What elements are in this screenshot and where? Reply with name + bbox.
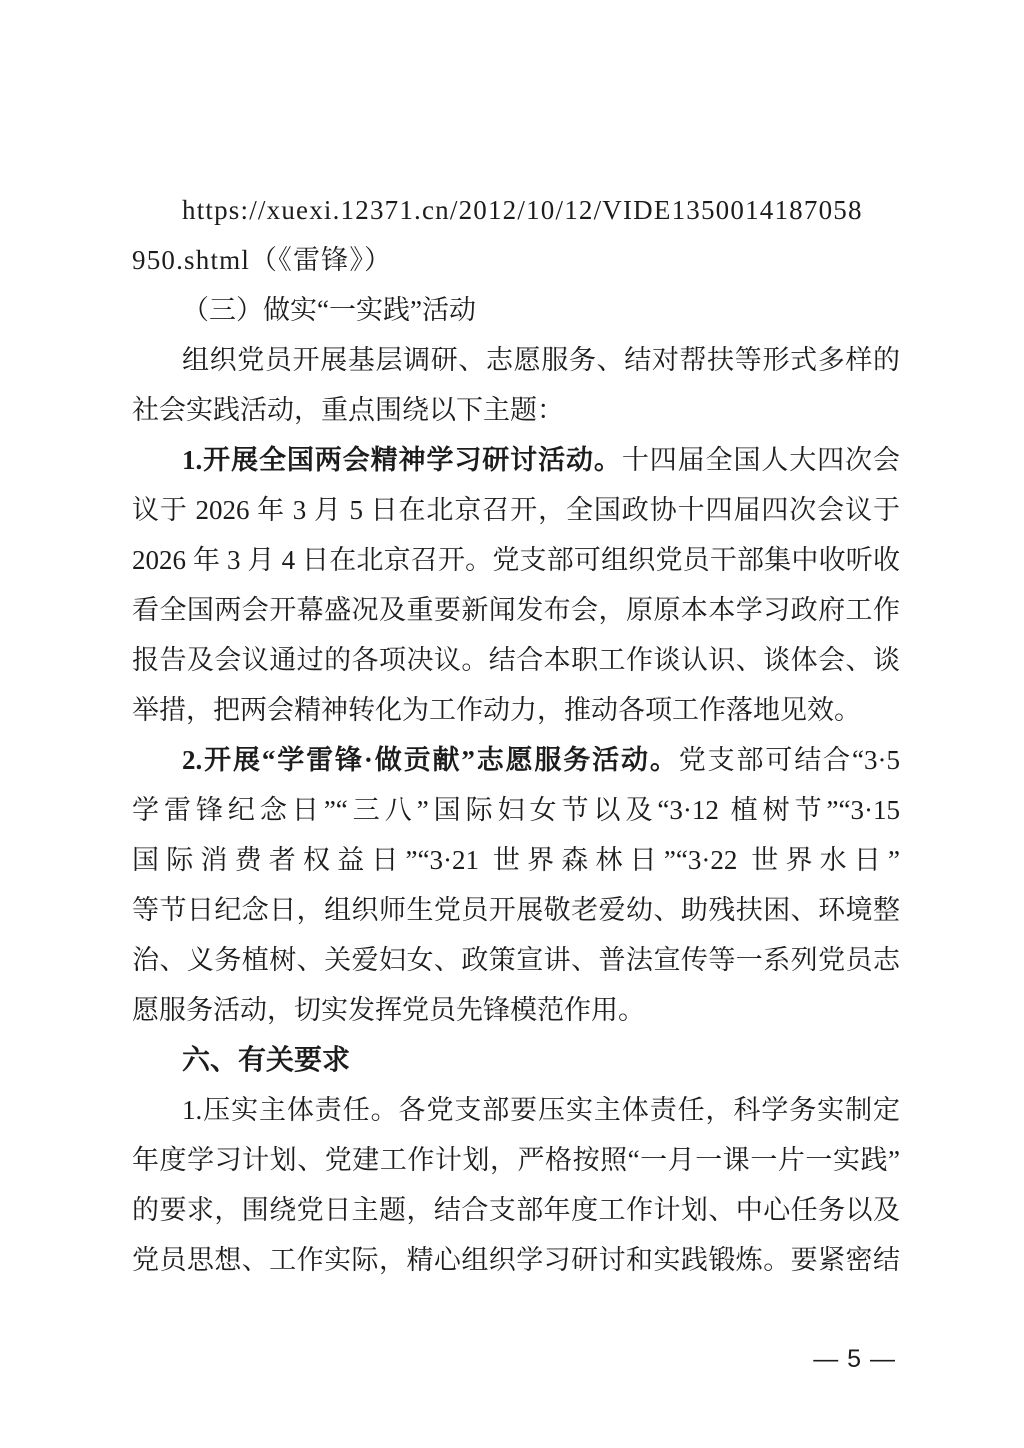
paragraph-line: 1.开展全国两会精神学习研讨活动。十四届全国人大四次会 xyxy=(132,435,900,485)
paragraph-line: 组织党员开展基层调研、志愿服务、结对帮扶等形式多样的 xyxy=(132,335,900,385)
url-line-2: 950.shtml（《雷锋》） xyxy=(132,235,900,285)
section-heading-requirements: 六、有关要求 xyxy=(132,1035,900,1085)
paragraph-text: 各党支部要压实主体责任，科学务实制定 xyxy=(399,1095,900,1125)
paragraph-line: 国际消费者权益日”“3·21 世界森林日”“3·22 世界水日” xyxy=(132,835,900,885)
paragraph-line: 议于 2026 年 3 月 5 日在北京召开，全国政协十四届四次会议于 xyxy=(132,485,900,535)
paragraph-line: 等节日纪念日，组织师生党员开展敬老爱幼、助残扶困、环境整 xyxy=(132,885,900,935)
numbered-item-1-title: 1.开展全国两会精神学习研讨活动。 xyxy=(182,445,622,475)
numbered-item-2-title: 2.开展“学雷锋·做贡献”志愿服务活动。 xyxy=(182,745,679,775)
url-text-part-1: https://xuexi.12371.cn/2012/10/12/VIDE13… xyxy=(182,195,863,225)
paragraph-text: 党支部可结合“3·5 xyxy=(679,745,900,775)
paragraph-line: 的要求，围绕党日主题，结合支部年度工作计划、中心任务以及 xyxy=(132,1185,900,1235)
url-line-1: https://xuexi.12371.cn/2012/10/12/VIDE13… xyxy=(132,185,900,235)
document-body: https://xuexi.12371.cn/2012/10/12/VIDE13… xyxy=(132,185,900,1285)
url-text-part-2: 950.shtml（《雷锋》） xyxy=(132,245,392,275)
paragraph-line: 看全国两会开幕盛况及重要新闻发布会，原原本本学习政府工作 xyxy=(132,585,900,635)
paragraph-line: 年度学习计划、党建工作计划，严格按照“一月一课一片一实践” xyxy=(132,1135,900,1185)
paragraph-line: 社会实践活动，重点围绕以下主题： xyxy=(132,385,900,435)
paragraph-line: 党员思想、工作实际，精心组织学习研讨和实践锻炼。要紧密结 xyxy=(132,1235,900,1285)
paragraph-line: 举措，把两会精神转化为工作动力，推动各项工作落地见效。 xyxy=(132,685,900,735)
document-page: https://xuexi.12371.cn/2012/10/12/VIDE13… xyxy=(0,0,1024,1448)
paragraph-text: 十四届全国人大四次会 xyxy=(622,445,900,475)
paragraph-line: 2026 年 3 月 4 日在北京召开。党支部可组织党员干部集中收听收 xyxy=(132,535,900,585)
paragraph-line: 报告及会议通过的各项决议。结合本职工作谈认识、谈体会、谈 xyxy=(132,635,900,685)
paragraph-line: 学雷锋纪念日”“三八”国际妇女节以及“3·12 植树节”“3·15 xyxy=(132,785,900,835)
numbered-item-responsibility-title: 1.压实主体责任。 xyxy=(182,1095,399,1125)
subsection-heading-practice: （三）做实“一实践”活动 xyxy=(132,285,900,335)
paragraph-line: 愿服务活动，切实发挥党员先锋模范作用。 xyxy=(132,985,900,1035)
paragraph-line: 1.压实主体责任。各党支部要压实主体责任，科学务实制定 xyxy=(132,1085,900,1135)
paragraph-line: 2.开展“学雷锋·做贡献”志愿服务活动。党支部可结合“3·5 xyxy=(132,735,900,785)
page-number: — 5 — xyxy=(813,1334,896,1384)
paragraph-line: 治、义务植树、关爱妇女、政策宣讲、普法宣传等一系列党员志 xyxy=(132,935,900,985)
